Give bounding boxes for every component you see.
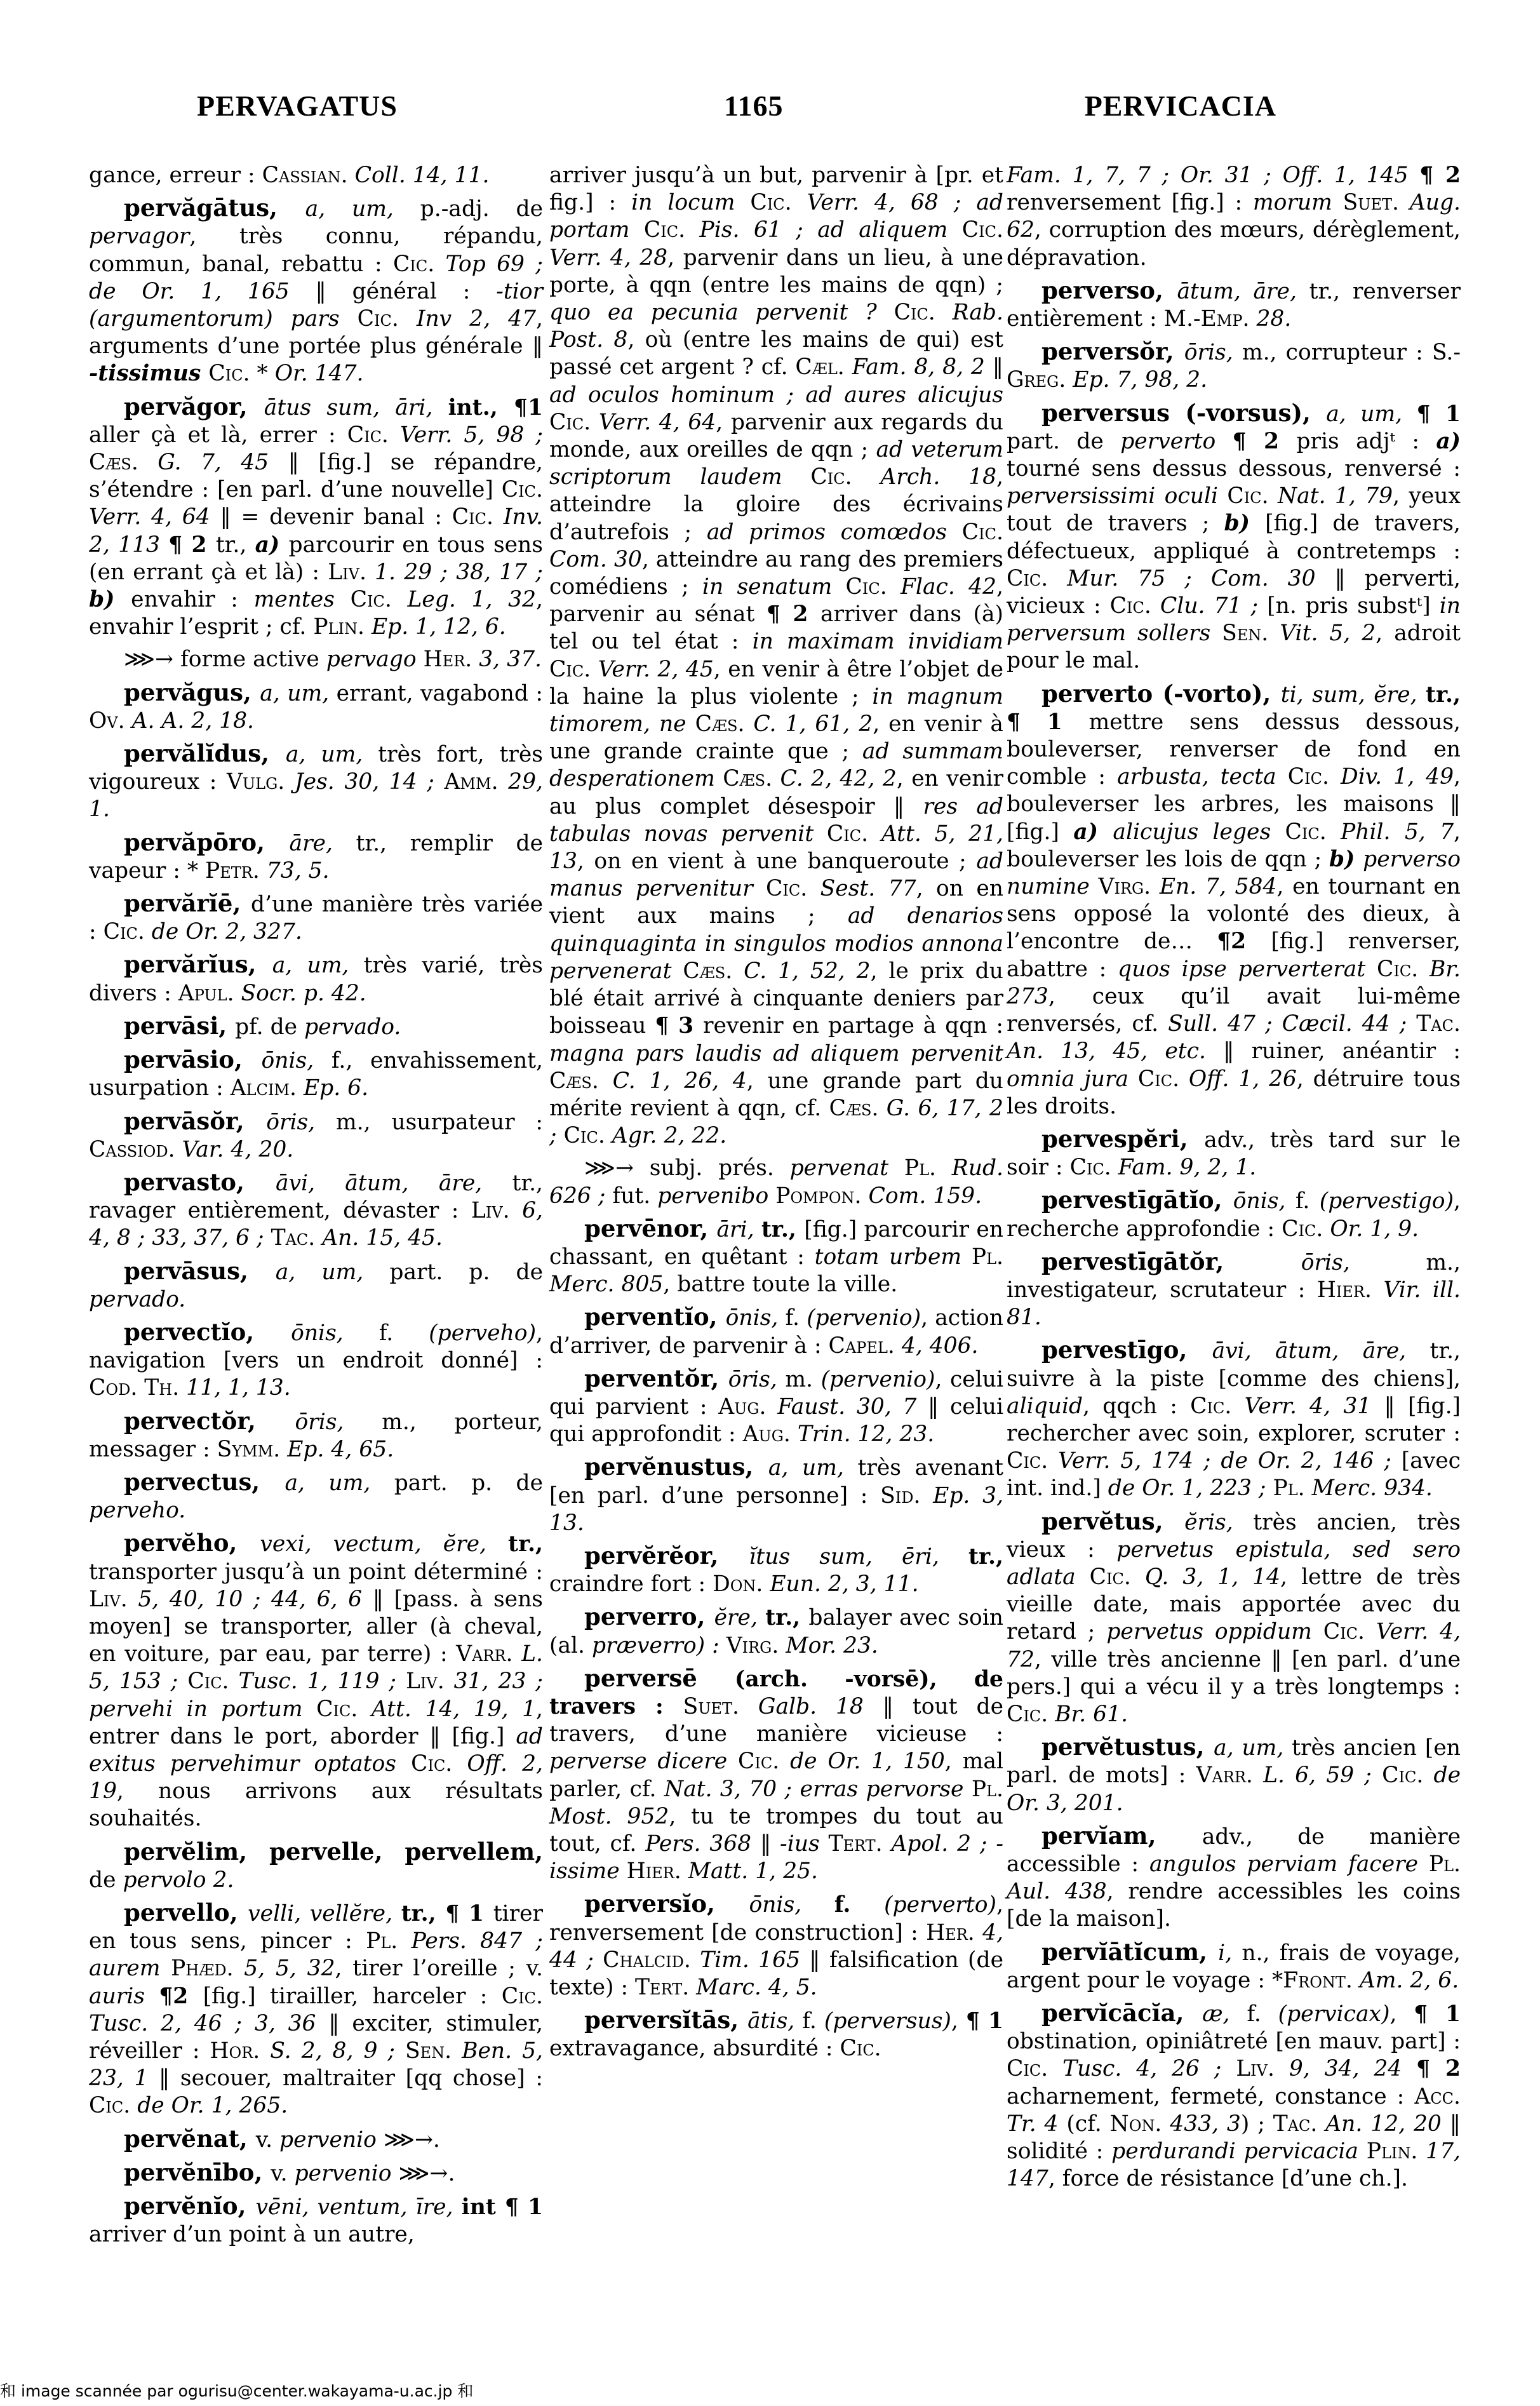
headword: perversus (-vorsus), xyxy=(1041,399,1326,427)
entry-text: , ville très ancienne ‖ [en parl. d’une … xyxy=(1007,1647,1461,1700)
headword: perversĭtās, xyxy=(584,2006,747,2034)
entry-text: Tusc. 1, 119 ; xyxy=(239,1669,406,1694)
entry-text: b) xyxy=(1329,847,1363,872)
entry-text: ⋙→ forme active xyxy=(124,647,326,672)
dictionary-entry: pervĕrĕor, ĭtus sum, ēri, tr., craindre … xyxy=(549,1542,1003,1598)
author-abbrev: Tert. xyxy=(829,1831,892,1857)
author-abbrev: Cic. xyxy=(1227,483,1278,509)
page-number: 1165 xyxy=(724,89,783,123)
entry-text: Verr. 5, 174 ; de Or. 2, 146 ; xyxy=(1058,1448,1402,1474)
entry-text: ōnis, xyxy=(261,1048,331,1073)
entry-text: Most. 952 xyxy=(549,1804,669,1829)
author-abbrev: Tert. xyxy=(635,1975,696,2000)
entry-text: ⋙→. xyxy=(398,2161,455,2186)
entry-text: a, um, xyxy=(768,1455,858,1481)
entry-text: part. p. de xyxy=(394,1470,543,1496)
entry-text: de Or. 1, 150 xyxy=(790,1749,945,1774)
entry-text: Merc. 934. xyxy=(1312,1475,1433,1501)
headword: pervectus, xyxy=(124,1468,285,1496)
entry-text: ātus sum, āri, xyxy=(264,395,448,420)
headword: pervĕlim, pervelle, pervellem, xyxy=(124,1838,543,1865)
author-abbrev: Vulg. xyxy=(227,769,295,795)
author-abbrev: Cic. xyxy=(1282,1216,1330,1242)
headword: pervălĭdus, xyxy=(124,739,286,767)
entry-text: obstination, opiniâtreté [en mauv. part]… xyxy=(1007,2029,1461,2054)
author-abbrev: Cic. xyxy=(1377,957,1430,982)
entry-text: ¶ 2 xyxy=(1419,163,1461,188)
entry-text: v. xyxy=(256,2127,279,2153)
dictionary-entry: pervĕho, vexi, vectum, ĕre, tr., transpo… xyxy=(89,1529,543,1832)
headword: pervāsi, xyxy=(124,1012,235,1040)
entry-text: æ, xyxy=(1202,2001,1247,2027)
entry-text: Nat. 3, 70 ; erras pervorse xyxy=(664,1777,972,1802)
author-abbrev: Her. xyxy=(424,647,479,672)
entry-text: int ¶ 1 xyxy=(462,2194,543,2220)
headword: pervectŏr, xyxy=(124,1407,295,1435)
author-abbrev: Cic. xyxy=(1007,566,1067,591)
entry-text: tr., ¶ 1 xyxy=(401,1901,493,1926)
entry-text: a, um, xyxy=(1214,1735,1292,1761)
author-abbrev: Sid. xyxy=(880,1483,933,1509)
entry-text: aller çà et là, errer : xyxy=(89,422,347,448)
entry-text: Verr. 4, 31 xyxy=(1245,1394,1372,1419)
dictionary-entry: pervărĭus, a, um, très varié, très diver… xyxy=(89,951,543,1007)
dictionary-entry: pervălĭdus, a, um, très fort, très vigou… xyxy=(89,740,543,824)
entry-text: ĕre, xyxy=(714,1605,766,1630)
headword: pervăgātus, xyxy=(124,194,305,222)
entry-text: gance, erreur : xyxy=(89,163,262,188)
headword: pervăpōro, xyxy=(124,828,290,856)
entry-text: Div. 1, 49 xyxy=(1341,764,1454,790)
author-abbrev: Cic. xyxy=(411,1751,467,1777)
dictionary-entry: pervĭcācĭa, æ, f. (pervicax), ¶ 1 obstin… xyxy=(1007,1999,1461,2193)
entry-text: v. xyxy=(271,2161,294,2186)
entry-text: Or. 1, 9. xyxy=(1330,1216,1419,1242)
entry-text: renversement [fig.] : xyxy=(1007,190,1253,215)
author-abbrev: Cæl. xyxy=(795,354,852,380)
entry-text: (cf. xyxy=(1066,2111,1109,2137)
entry-text: tr., xyxy=(968,1544,1003,1569)
dictionary-entry: pervărĭē, d’une manière très variée : Ci… xyxy=(89,890,543,946)
entry-text: Socr. p. 42. xyxy=(241,981,366,1006)
author-abbrev: Cod. Th. xyxy=(89,1375,186,1401)
entry-text: a, um, xyxy=(272,953,364,978)
entry-text: Q. 3, 1, 14 xyxy=(1145,1564,1280,1590)
entry-text: Tr. 4 xyxy=(1007,2111,1066,2137)
entry-text: (pervenio) xyxy=(821,1367,935,1392)
author-abbrev: Capel. xyxy=(829,1333,902,1359)
entry-text: Verr. 4, 64 xyxy=(89,504,210,530)
entry-text: alicujus leges xyxy=(1113,819,1285,845)
entry-text: a, um, xyxy=(305,196,420,222)
entry-text: vexi, vectum, ĕre, xyxy=(260,1531,508,1557)
entry-text: a) xyxy=(255,532,289,558)
entry-text: An. 15, 45. xyxy=(322,1225,443,1251)
headword: pervāsus, xyxy=(124,1257,276,1285)
author-abbrev: Cæs. xyxy=(829,1096,887,1121)
entry-text: aliquid xyxy=(1007,1394,1083,1419)
entry-text: tr., xyxy=(765,1605,808,1630)
entry-text: de xyxy=(89,1867,123,1893)
entry-text: ōnis, xyxy=(1233,1188,1296,1214)
column-middle: arriver jusqu’à un but, parvenir à [pr. … xyxy=(549,162,1003,2068)
author-abbrev: Liv. xyxy=(328,560,375,585)
headword: pervĕtustus, xyxy=(1041,1733,1214,1761)
entry-text: envahir : xyxy=(131,587,253,612)
entry-text: ) ; xyxy=(1241,2111,1273,2137)
entry-text: C. 1, 52, 2 xyxy=(744,958,871,984)
author-abbrev: Acc. xyxy=(1414,2084,1461,2109)
entry-text: Coll. 14, 11. xyxy=(355,163,490,188)
headword: pervărĭus, xyxy=(124,950,272,978)
entry-text: ¶ 2 xyxy=(1416,2056,1461,2081)
author-abbrev: Chalcid. xyxy=(603,1947,700,1973)
dictionary-entry: pervĭam, adv., de manière accessible : a… xyxy=(1007,1822,1461,1933)
entry-text: ¶ 2 xyxy=(1233,429,1297,454)
dictionary-entry: pervăgus, a, um, errant, vagabond : Ov. … xyxy=(89,679,543,735)
entry-text: Com. 30 xyxy=(549,547,642,572)
entry-text: ōnis, xyxy=(749,1892,834,1918)
entry-text: pervetus oppidum xyxy=(1106,1619,1323,1644)
entry-text: Att. 14, 19, 1 xyxy=(372,1697,536,1722)
author-abbrev: Cic. xyxy=(827,821,881,847)
column-right: Fam. 1, 7, 7 ; Or. 31 ; Off. 1, 145 ¶ 2 … xyxy=(1007,162,1461,2198)
dictionary-entry: pervestīgātĭo, ōnis, f. (pervestigo), re… xyxy=(1007,1186,1461,1242)
entry-text: Aul. 438 xyxy=(1007,1879,1107,1904)
entry-text: Verr. 4, 64 xyxy=(599,410,716,435)
dictionary-entry: perversĭtās, ātis, f. (perversus), ¶ 1 e… xyxy=(549,2006,1003,2062)
entry-text: A. A. 2, 18. xyxy=(132,708,254,734)
headword: pervestīgātĭo, xyxy=(1041,1186,1233,1214)
entry-text: Trin. 12, 23. xyxy=(798,1421,934,1447)
entry-text: arriver d’un point à un autre, xyxy=(89,2222,415,2247)
entry-text: (perversus) xyxy=(824,2008,951,2034)
headword: pervĕnībo, xyxy=(124,2158,271,2186)
entry-text: pervago xyxy=(326,647,424,672)
author-abbrev: Cic. xyxy=(1090,1564,1145,1590)
entry-text: f. xyxy=(379,1321,429,1346)
entry-text: , nous arrivons aux résultats souhaités. xyxy=(89,1778,543,1831)
dictionary-entry: pervĕnĭo, vēni, ventum, īre, int ¶ 1 arr… xyxy=(89,2193,543,2248)
entry-text: b) xyxy=(1224,511,1266,536)
entry-text: p.-adj. de xyxy=(420,196,543,222)
headword: pervēnor, xyxy=(584,1214,716,1242)
dictionary-entry: pervĕnustus, a, um, très avenant [en par… xyxy=(549,1453,1003,1537)
dictionary-entry: pervāsio, ōnis, f., envahissement, usurp… xyxy=(89,1046,543,1102)
author-abbrev: Front. xyxy=(1283,1968,1360,1993)
dictionary-entry: pervāsi, pf. de pervado. xyxy=(89,1012,543,1041)
entry-text: mentes xyxy=(254,587,351,612)
entry-text: Galb. 18 xyxy=(758,1694,864,1719)
entry-text: (perveho) xyxy=(429,1321,536,1346)
entry-text: quos ipse perverterat xyxy=(1118,957,1377,982)
headword: pervăgus, xyxy=(124,678,260,706)
entry-text: ¶ 2 xyxy=(168,532,216,558)
dictionary-entry: pervēnor, āri, tr., [fig.] parcourir en … xyxy=(549,1215,1003,1299)
entry-text: 73, 5. xyxy=(267,858,330,884)
entry-text: tr., xyxy=(508,1531,543,1557)
entry-text: C. 1, 61, 2 xyxy=(753,711,873,737)
entry-text: 433, 3 xyxy=(1170,2111,1241,2137)
scan-credit-footer: 和 image scannée par ogurisu@center.wakay… xyxy=(0,2379,826,2402)
dictionary-entry: pervăgor, ātus sum, āri, int., ¶1 aller … xyxy=(89,393,543,642)
entry-text: Faust. 30, 7 xyxy=(777,1394,916,1420)
entry-text: vēni, ventum, īre, xyxy=(255,2194,461,2220)
author-abbrev: Cic. xyxy=(502,477,543,502)
author-abbrev: Cic. xyxy=(347,422,400,448)
author-abbrev: Liv. xyxy=(1236,2056,1289,2081)
author-abbrev: Ov. xyxy=(89,708,132,734)
entry-continuation: Fam. 1, 7, 7 ; Or. 31 ; Off. 1, 145 ¶ 2 … xyxy=(1007,162,1461,272)
author-abbrev: Don. xyxy=(713,1571,770,1597)
entry-text: Eun. 2, 3, 11. xyxy=(770,1571,918,1597)
author-abbrev: Plin. xyxy=(313,614,372,640)
entry-text: f. xyxy=(1296,1188,1320,1214)
entry-text: int., ¶1 xyxy=(448,395,543,420)
dictionary-entry: pervestīgātŏr, ōris, m., investigateur, … xyxy=(1007,1248,1461,1332)
headword: pervĕnat, xyxy=(124,2125,256,2153)
entry-text: , xyxy=(951,2008,966,2034)
entry-text: ātum, āre, xyxy=(1177,279,1309,304)
entry-text: An. 13, 45, etc. xyxy=(1007,1038,1206,1064)
entry-text: Agr. 2, 22. xyxy=(612,1123,726,1148)
author-abbrev: Her. xyxy=(926,1920,982,1946)
entry-text: pervenio xyxy=(295,2161,399,2186)
author-abbrev: Pl. xyxy=(1273,1475,1311,1501)
author-abbrev: M.-Emp. xyxy=(1164,306,1257,332)
entry-text: de Or. 2, 327. xyxy=(152,919,302,944)
author-abbrev: Pl. xyxy=(904,1155,952,1181)
entry-text: in senatum xyxy=(702,574,846,600)
entry-text: Vit. 5, 2 xyxy=(1280,621,1376,646)
entry-text: m., corrupteur : xyxy=(1242,340,1432,365)
entry-text: de Or. 1, 265. xyxy=(137,2093,288,2118)
author-abbrev: Cic. xyxy=(89,2093,137,2118)
dictionary-columns: gance, erreur : Cassian. Coll. 14, 11.pe… xyxy=(89,162,1461,2341)
entry-text: Jes. 30, 14 ; xyxy=(295,769,445,795)
entry-text: C. 2, 42, 2 xyxy=(780,766,897,791)
headword: pervāsio, xyxy=(124,1045,261,1073)
entry-text: pervado. xyxy=(304,1014,401,1040)
entry-text: Tim. 165 xyxy=(700,1947,800,1973)
entry-text: ad primos comœdos xyxy=(707,520,962,545)
entry-text: pervenat xyxy=(790,1155,904,1181)
dictionary-entry: pervĭātĭcum, i, n., frais de voyage, arg… xyxy=(1007,1939,1461,1994)
headword: pervestīgātŏr, xyxy=(1041,1247,1301,1275)
entry-text: Pis. 61 ; ad aliquem xyxy=(700,217,962,243)
entry-text: Verr. 5, 98 ; xyxy=(400,422,543,448)
author-abbrev: Cic. xyxy=(766,876,820,901)
dictionary-entry: perversus (-vorsus), a, um, ¶ 1 part. de… xyxy=(1007,400,1461,675)
author-abbrev: Cic. xyxy=(810,464,880,490)
column-left: gance, erreur : Cassian. Coll. 14, 11.pe… xyxy=(89,162,543,2254)
entry-text: Clu. 71 ; xyxy=(1160,593,1267,619)
dictionary-entry: perversĭo, ōnis, f. (perverto), renverse… xyxy=(549,1890,1003,2001)
author-abbrev: Liv. xyxy=(89,1587,138,1612)
entry-text: Fam. 9, 2, 1. xyxy=(1118,1155,1257,1180)
dictionary-entry: pervello, velli, vellĕre, tr., ¶ 1 tirer… xyxy=(89,1899,543,2120)
headword: perversĭo, xyxy=(584,1890,749,1918)
entry-text: 5, 5, 32 xyxy=(244,1956,335,1981)
author-abbrev: Cic. xyxy=(549,657,598,682)
entry-text: velli, vellĕre, xyxy=(248,1901,401,1926)
entry-text: totam urbem xyxy=(815,1244,972,1270)
author-abbrev: Cic. xyxy=(358,306,417,332)
entry-text: 11, 1, 13. xyxy=(186,1375,291,1401)
author-abbrev: Alcim. xyxy=(231,1075,304,1101)
entry-text: perversissimi oculi xyxy=(1007,483,1227,509)
author-abbrev: Pl. xyxy=(366,1928,411,1954)
author-abbrev: Sen. xyxy=(1222,621,1280,646)
entry-text: extravagance, absurdité : xyxy=(549,2036,840,2061)
entry-text: āri, xyxy=(716,1217,761,1242)
entry-text: ‖ = devenir banal : xyxy=(210,504,452,530)
entry-text: pervolo 2. xyxy=(123,1867,234,1893)
author-abbrev: Hor. xyxy=(210,2038,270,2064)
entry-text: auris xyxy=(89,1984,159,2009)
dictionary-entry: pervĕnat, v. pervenio ⋙→. xyxy=(89,2125,543,2154)
entry-text: ‖ xyxy=(751,1831,780,1857)
entry-text: , force de résistance [d’une ch.]. xyxy=(1048,2166,1408,2191)
author-abbrev: Cic. xyxy=(1007,1702,1055,1727)
author-abbrev: Cic. xyxy=(962,520,1003,545)
entry-text: ĭtus sum, ēri, xyxy=(749,1544,968,1569)
author-abbrev: Varr. xyxy=(456,1641,521,1667)
entry-text: ¶2 xyxy=(1217,929,1271,954)
entry-text: transporter jusqu’à un point déterminé : xyxy=(89,1559,543,1585)
headword: pervĭātĭcum, xyxy=(1041,1938,1218,1966)
entry-text: [fig.] tirailler, harceler : xyxy=(203,1984,502,2009)
entry-text: pf. de xyxy=(235,1014,304,1040)
entry-text: , xyxy=(1389,2001,1414,2027)
running-header: PERVAGATUS 1165 PERVICACIA xyxy=(197,89,1340,133)
entry-text: Com. 159. xyxy=(868,1183,982,1209)
headword: pervĭam, xyxy=(1041,1822,1202,1850)
author-abbrev: Tac. xyxy=(1416,1011,1461,1037)
entry-text: i, xyxy=(1218,1940,1242,1966)
entry-text: ōris, xyxy=(728,1367,786,1392)
entry-text: (pervenio) xyxy=(807,1305,921,1331)
author-abbrev: Pl. xyxy=(972,1777,1003,1802)
author-abbrev: Liv. xyxy=(406,1669,454,1694)
author-abbrev: Cic. xyxy=(452,504,504,530)
entry-text: a, um, xyxy=(260,681,336,706)
entry-text: de Or. 1, 223 ; xyxy=(1108,1475,1273,1501)
author-abbrev: Cæs. xyxy=(695,711,754,737)
entry-text: āvi, ātum, āre, xyxy=(276,1171,512,1196)
author-abbrev: Cic. xyxy=(564,1123,612,1148)
entry-text: Br. 61. xyxy=(1055,1702,1128,1727)
entry-text: ⋙→ subj. prés. xyxy=(584,1155,790,1181)
entry-text: ¶ 1 xyxy=(1417,401,1461,427)
headword: pervĕnĭo, xyxy=(124,2192,255,2220)
dictionary-entry: perversŏr, ōris, m., corrupteur : S.-Gre… xyxy=(1007,338,1461,394)
entry-text: revenir en partage à qqn : xyxy=(703,1013,1003,1038)
entry-text: perverse dicere xyxy=(549,1749,738,1774)
entry-text: perveho. xyxy=(89,1498,185,1523)
author-abbrev: Cic. xyxy=(845,574,901,600)
headword: pervăgor, xyxy=(124,393,264,420)
entry-text: āvi, ātum, āre, xyxy=(1212,1338,1430,1364)
author-abbrev: Amm. xyxy=(445,769,509,795)
author-abbrev: Hier. xyxy=(627,1858,688,1884)
entry-text: pris adjᵗ : xyxy=(1296,429,1436,454)
author-abbrev: Cic. xyxy=(104,919,152,944)
entry-text: , battre toute la ville. xyxy=(663,1272,897,1297)
author-abbrev: Cassian. xyxy=(262,163,355,188)
author-abbrev: Cic. xyxy=(962,217,1003,243)
entry-text: Matt. 1, 25. xyxy=(688,1858,818,1884)
entry-text: a, um, xyxy=(286,742,378,767)
author-abbrev: Cæs. xyxy=(549,1068,613,1094)
author-abbrev: Cic. xyxy=(1382,1763,1433,1788)
entry-text: quo ea pecunia pervenit ? xyxy=(549,300,894,325)
entry-text: præverro) : xyxy=(592,1633,726,1658)
entry-text: 5, 40, 10 ; 44, 6, 6 xyxy=(138,1587,362,1612)
entry-text: ¶ 2 xyxy=(767,601,820,627)
author-abbrev: Cæs. xyxy=(683,958,744,984)
entry-text: 1. 29 ; 38, 17 ; xyxy=(375,560,543,585)
entry-text: m., usurpateur : xyxy=(336,1110,543,1135)
headword: pervello, xyxy=(124,1899,248,1926)
author-abbrev: Cic. xyxy=(1190,1394,1244,1419)
entry-text: * xyxy=(257,361,275,386)
dictionary-entry: pervectus, a, um, part. p. de perveho. xyxy=(89,1468,543,1524)
entry-text: , corruption des mœurs, dérèglement, dép… xyxy=(1007,217,1461,270)
entry-text: ‖ xyxy=(985,354,1003,380)
entry-text: pervenibo xyxy=(657,1183,775,1209)
entry-text: ti, sum, ĕre, xyxy=(1281,682,1426,708)
author-abbrev: Suet. xyxy=(683,1694,758,1719)
author-abbrev: Cic. xyxy=(316,1697,372,1722)
entry-text: L. 6, 59 ; xyxy=(1263,1763,1382,1788)
entry-text: craindre fort : xyxy=(549,1571,713,1597)
entry-text: omnia jura xyxy=(1007,1066,1138,1092)
entry-text: a) xyxy=(1073,819,1113,845)
entry-text: Ep. 6. xyxy=(304,1075,368,1101)
entry-text: An. 12, 20 xyxy=(1325,2111,1442,2137)
author-abbrev: Non. xyxy=(1110,2111,1170,2137)
entry-text: -ius xyxy=(780,1831,828,1857)
entry-text: Marc. 4, 5. xyxy=(696,1975,817,2000)
author-abbrev: Symm. xyxy=(217,1437,288,1462)
entry-text: ¶ 3 xyxy=(655,1013,703,1038)
entry-text: part. de xyxy=(1007,429,1120,454)
author-abbrev: Cic. xyxy=(187,1669,238,1694)
author-abbrev: Petr. xyxy=(205,858,267,884)
entry-text: (perverto) xyxy=(884,1892,996,1918)
dictionary-entry: ⋙→ forme active pervago Her. 3, 37. xyxy=(89,646,543,673)
entry-text: Or. 147. xyxy=(275,361,364,386)
headword: pervărĭē, xyxy=(124,889,251,917)
author-abbrev: Cassiod. xyxy=(89,1137,182,1162)
entry-text: tr., xyxy=(761,1217,804,1242)
entry-text: 3, 37. xyxy=(479,647,542,672)
entry-text: [n. pris substᵗ] xyxy=(1267,593,1440,619)
entry-text: pervado. xyxy=(89,1287,185,1312)
dictionary-entry: pervespĕri, adv., très tard sur le soir … xyxy=(1007,1126,1461,1181)
entry-text: Tusc. 2, 46 ; 3, 36 xyxy=(89,2011,316,2036)
entry-text: f. xyxy=(802,2008,824,2034)
entry-text: Tusc. 4, 26 ; xyxy=(1062,2056,1236,2081)
entry-text: ‖ secouer, maltraiter [qq chose] : xyxy=(148,2066,543,2091)
entry-text: angulos perviam facere xyxy=(1149,1852,1429,1877)
dictionary-entry: pervāsŏr, ōris, m., usurpateur : Cassiod… xyxy=(89,1108,543,1164)
entry-text: Ep. 7, 98, 2. xyxy=(1073,367,1207,393)
left-guide-word: PERVAGATUS xyxy=(197,89,398,123)
entry-text: Pers. 368 xyxy=(645,1831,751,1857)
author-abbrev: Cic. xyxy=(1285,819,1341,845)
